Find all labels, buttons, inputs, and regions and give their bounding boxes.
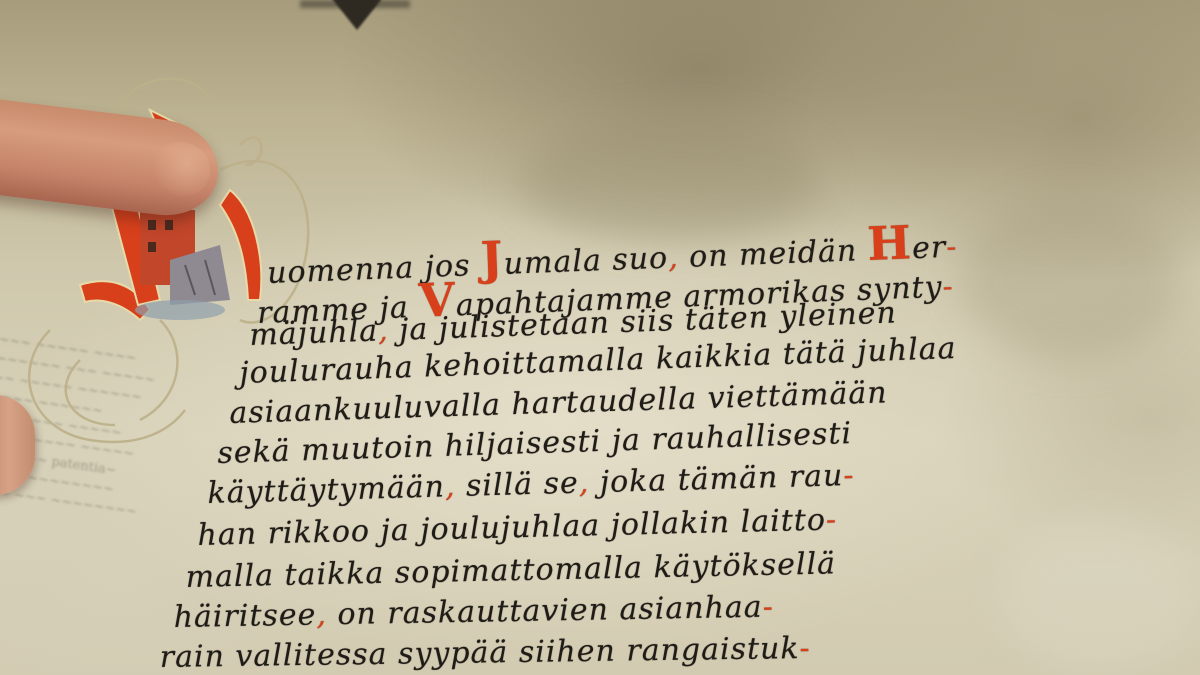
text-line-11: rain vallitessa syypää siihen rangaistuk… [160, 631, 811, 675]
parchment-photo: ~~~ ~~~~~ ~~~~ ~~~~~~ ~~~ ~~~~~ ~~ ~~~~~… [0, 0, 1200, 675]
text-line-8: han rikkoo ja joulujuhlaa jollakin laitt… [197, 502, 837, 553]
text-line-10: häiritsee, on raskauttavien asianhaa- [173, 590, 774, 635]
declaration-text: uomenna jos Jumala suo, on meidän Her- r… [0, 0, 1200, 675]
text-line-9: malla taikka sopimattomalla käytöksellä [185, 546, 836, 595]
